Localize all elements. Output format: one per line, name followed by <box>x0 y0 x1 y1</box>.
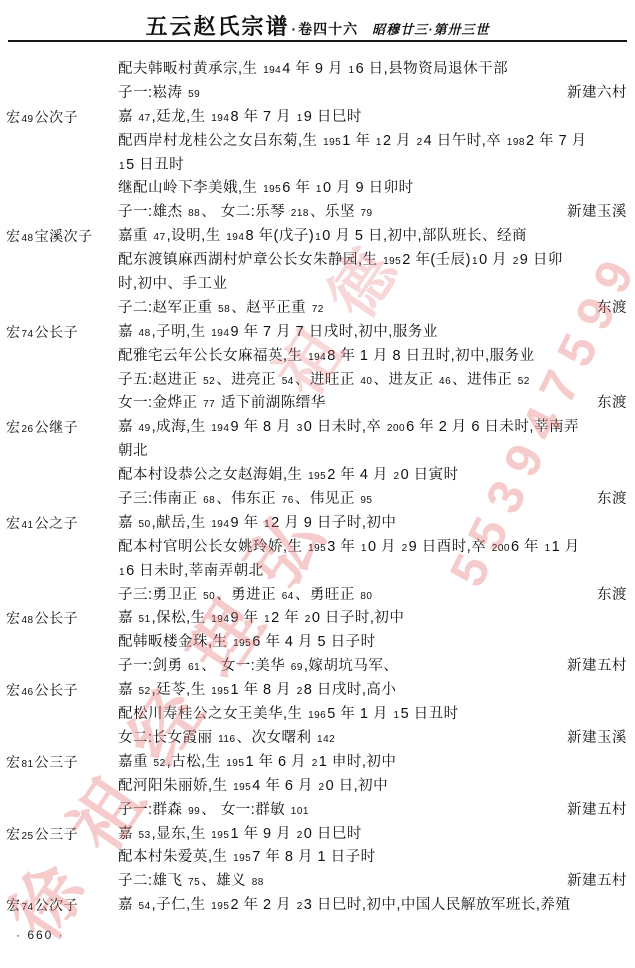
entry-line: 配西岸村龙桂公之女吕东菊,生 1951 年 12 月 24 日午时,卒 1982… <box>118 130 627 154</box>
generation-number: 1 <box>263 519 271 530</box>
generation-number: 48 <box>21 233 35 244</box>
entry-line: 16 日未时,莘南弄朝北 <box>118 560 627 584</box>
entry-line: 配河阳朱丽娇,生 1954 年 6 月 20 日,初中 <box>118 775 627 799</box>
entry-line: 子五:赵进正 52、进亮正 54、进旺正 40、进友正 46、进伟正 52 <box>118 369 627 393</box>
generation-number: 75 <box>187 877 201 888</box>
generation-number: 52 <box>517 376 531 387</box>
generation-number: 3 <box>296 423 304 434</box>
line-text: 子二:雄飞 75、雄义 88 <box>118 870 265 895</box>
generation-number: 58 <box>217 304 231 315</box>
generation-number: 194 <box>210 519 230 530</box>
line-text: 嘉 54,子仁,生 1952 年 2 月 23 日巳时,初中,中国人民解放军班长… <box>118 894 570 919</box>
generation-number: 1 <box>471 256 479 267</box>
generation-number: 1 <box>393 710 401 721</box>
generation-number: 2 <box>296 830 304 841</box>
residence-label: 新建六村 <box>557 82 627 106</box>
generation-number: 2 <box>318 782 326 793</box>
residence-label: 东渡 <box>587 392 627 416</box>
generation-number: 53 <box>138 830 152 841</box>
entry-label: 宏48宝溪次子 <box>0 225 118 249</box>
generation-number: 52 <box>138 686 152 697</box>
generation-number: 50 <box>138 519 152 530</box>
generation-number: 79 <box>360 208 374 219</box>
line-text: 配本村朱爱英,生 1957 年 8 月 1 日子时 <box>118 846 376 871</box>
line-text: 子二:赵军正重 58、赵平正重 72 <box>118 297 325 322</box>
entry-label: 宏48公长子 <box>0 607 118 631</box>
generation-number: 52 <box>153 758 167 769</box>
entry-label: 宏25公三子 <box>0 823 118 847</box>
generation-number: 77 <box>202 399 216 410</box>
genealogy-entry: 配夫韩畈村黄承宗,生 1944 年 9 月 16 日,县物资局退休干部子一:崧涛… <box>0 58 635 106</box>
generation-number: 195 <box>210 686 230 697</box>
generation-number: 194 <box>210 113 230 124</box>
line-text: 朝北 <box>118 440 148 464</box>
generation-number: 2 <box>304 614 312 625</box>
generation-number: 61 <box>187 662 201 673</box>
line-text: 子一:雄杰 88、 女二:乐琴 218、乐坚 79 <box>118 201 374 226</box>
page-number: · 660 · <box>16 928 65 942</box>
generation-label: 昭穆廿三·第卅三世 <box>372 22 489 37</box>
generation-number: 46 <box>21 687 35 698</box>
generation-number: 95 <box>359 495 373 506</box>
line-text: 嘉 49,成海,生 1949 年 8 月 30 日未时,卒 2006 年 2 月… <box>118 416 579 441</box>
genealogy-entry: 宏74公次子嘉 54,子仁,生 1952 年 2 月 23 日巳时,初中,中国人… <box>0 894 635 918</box>
generation-number: 194 <box>307 352 327 363</box>
entry-line: 子三:勇卫正 50、勇进正 64、勇旺正 80东渡 <box>118 584 627 608</box>
entry-lines: 嘉 54,子仁,生 1952 年 2 月 23 日巳时,初中,中国人民解放军班长… <box>118 894 635 918</box>
generation-number: 81 <box>21 759 35 770</box>
generation-number: 1 <box>315 184 323 195</box>
genealogy-entry: 宏81公三子嘉重 52,古松,生 1951 年 6 月 21 申时,初中配河阳朱… <box>0 751 635 823</box>
line-text: 女一:金烨正 77 适下前湖陈缙华 <box>118 392 326 417</box>
entry-line: 嘉 53,显东,生 1951 年 9 月 20 日巳时 <box>118 823 627 847</box>
line-text: 配松川寿桂公之女王美华,生 1965 年 1 月 15 日丑时 <box>118 703 459 728</box>
genealogy-entry: 宏48宝溪次子嘉重 47,设明,生 1948 年(戊子)10 月 5 日,初中,… <box>0 225 635 321</box>
entry-line: 15 日丑时 <box>118 154 627 178</box>
entry-line: 嘉 48,子明,生 1949 年 7 月 7 日戌时,初中,服务业 <box>118 321 627 345</box>
line-text: 子一:剑勇 61、 女一:美华 69,嫁胡坑马军、 <box>118 655 398 680</box>
entry-line: 嘉 47,廷龙,生 1948 年 7 月 19 日巳时 <box>118 106 627 130</box>
entry-label: 宏74公长子 <box>0 321 118 345</box>
entry-lines: 嘉 51,保松,生 1949 年 12 年 20 日子时,初中配韩畈楼金珠,生 … <box>118 607 635 679</box>
entry-line: 嘉 52,廷苓,生 1951 年 8 月 28 日戌时,高小 <box>118 679 627 703</box>
generation-number: 200 <box>491 543 511 554</box>
generation-number: 76 <box>281 495 295 506</box>
residence-label: 东渡 <box>587 488 627 512</box>
generation-number: 194 <box>210 423 230 434</box>
line-text: 配夫韩畈村黄承宗,生 1944 年 9 月 16 日,县物资局退休干部 <box>118 58 508 83</box>
entry-lines: 嘉 48,子明,生 1949 年 7 月 7 日戌时,初中,服务业配雅宅云年公长… <box>118 321 635 417</box>
entry-line: 子一:雄杰 88、 女二:乐琴 218、乐坚 79新建玉溪 <box>118 201 627 225</box>
generation-number: 41 <box>21 520 35 531</box>
generation-number: 49 <box>21 114 35 125</box>
generation-number: 54 <box>138 901 152 912</box>
line-text: 配西岸村龙桂公之女吕东菊,生 1951 年 12 月 24 日午时,卒 1982… <box>118 130 587 155</box>
generation-number: 1 <box>544 543 552 554</box>
generation-number: 2 <box>512 256 520 267</box>
generation-number: 51 <box>138 614 152 625</box>
generation-number: 116 <box>217 734 236 745</box>
generation-number: 195 <box>210 901 230 912</box>
entry-lines: 嘉 47,廷龙,生 1948 年 7 月 19 日巳时配西岸村龙桂公之女吕东菊,… <box>118 106 635 225</box>
entry-line: 子一:剑勇 61、 女一:美华 69,嫁胡坑马军、新建五村 <box>118 655 627 679</box>
entry-line: 配雅宅云年公长女麻福英,生 1948 年 1 月 8 日丑时,初中,服务业 <box>118 345 627 369</box>
line-text: 嘉 47,廷龙,生 1948 年 7 月 19 日巳时 <box>118 106 362 131</box>
genealogy-entry: 宏41公之子嘉 50,献岳,生 1949 年 12 月 9 日子时,初中配本村官… <box>0 512 635 608</box>
genealogy-entry: 宏48公长子嘉 51,保松,生 1949 年 12 年 20 日子时,初中配韩畈… <box>0 607 635 679</box>
line-text: 女二:长女霞丽 116、次女曙利 142 <box>118 727 336 752</box>
generation-number: 1 <box>118 161 126 172</box>
residence-label: 新建五村 <box>557 799 627 823</box>
generation-number: 195 <box>232 782 252 793</box>
entry-line: 女二:长女霞丽 116、次女曙利 142新建玉溪 <box>118 727 627 751</box>
genealogy-entry: 宏49公次子嘉 47,廷龙,生 1948 年 7 月 19 日巳时配西岸村龙桂公… <box>0 106 635 225</box>
entry-lines: 嘉重 52,古松,生 1951 年 6 月 21 申时,初中配河阳朱丽娇,生 1… <box>118 751 635 823</box>
residence-label: 新建五村 <box>557 870 627 894</box>
genealogy-entry: 宏25公三子嘉 53,显东,生 1951 年 9 月 20 日巳时配本村朱爱英,… <box>0 823 635 895</box>
generation-number: 195 <box>225 758 245 769</box>
line-text: 嘉重 47,设明,生 1948 年(戊子)10 月 5 日,初中,部队班长、经商 <box>118 225 527 250</box>
generation-number: 195 <box>322 137 342 148</box>
line-text: 子一:群森 99、 女一:群敏 101 <box>118 799 310 824</box>
entry-label: 宏81公三子 <box>0 751 118 775</box>
generation-number: 1 <box>375 137 383 148</box>
line-text: 子一:崧涛 59 <box>118 82 201 107</box>
line-text: 配河阳朱丽娇,生 1954 年 6 月 20 日,初中 <box>118 775 388 800</box>
line-text: 嘉 53,显东,生 1951 年 9 月 20 日巳时 <box>118 823 362 848</box>
generation-number: 101 <box>290 806 310 817</box>
generation-number: 68 <box>202 495 216 506</box>
generation-number: 1 <box>296 113 304 124</box>
entry-line: 子一:群森 99、 女一:群敏 101新建五村 <box>118 799 627 823</box>
entry-line: 配松川寿桂公之女王美华,生 1965 年 1 月 15 日丑时 <box>118 703 627 727</box>
generation-number: 195 <box>382 256 402 267</box>
entry-line: 配东渡镇麻西湖村炉章公长女朱静园,生 1952 年(壬辰)10 月 29 日卯 <box>118 249 627 273</box>
genealogy-page: 五云赵氏宗谱·卷四十六昭穆廿三·第卅三世 配夫韩畈村黄承宗,生 1944 年 9… <box>0 0 635 968</box>
line-text: 配韩畈楼金珠,生 1956 年 4 月 5 日子时 <box>118 631 376 656</box>
residence-label: 新建五村 <box>557 655 627 679</box>
generation-number: 48 <box>138 328 152 339</box>
generation-number: 218 <box>290 208 310 219</box>
generation-number: 195 <box>262 184 282 195</box>
entry-line: 嘉 49,成海,生 1949 年 8 月 30 日未时,卒 2006 年 2 月… <box>118 416 627 440</box>
entry-line: 继配山岭下李美娥,生 1956 年 10 月 9 日卯时 <box>118 177 627 201</box>
residence-label: 东渡 <box>587 584 627 608</box>
generation-number: 194 <box>262 65 282 76</box>
generation-number: 2 <box>296 686 304 697</box>
residence-label: 新建玉溪 <box>557 727 627 751</box>
generation-number: 1 <box>314 232 322 243</box>
line-text: 15 日丑时 <box>118 154 184 179</box>
line-text: 子五:赵进正 52、进亮正 54、进旺正 40、进友正 46、进伟正 52 <box>118 369 531 394</box>
generation-number: 40 <box>359 376 373 387</box>
genealogy-entry: 宏46公长子嘉 52,廷苓,生 1951 年 8 月 28 日戌时,高小配松川寿… <box>0 679 635 751</box>
line-text: 配本村设恭公之女赵海娟,生 1952 年 4 月 20 日寅时 <box>118 464 459 489</box>
generation-number: 198 <box>506 137 526 148</box>
generation-number: 195 <box>307 543 327 554</box>
volume-label: 卷四十六 <box>298 21 358 37</box>
entry-lines: 嘉 50,献岳,生 1949 年 12 月 9 日子时,初中配本村官明公长女姚玲… <box>118 512 635 608</box>
entry-line: 嘉 54,子仁,生 1952 年 2 月 23 日巳时,初中,中国人民解放军班长… <box>118 894 627 918</box>
generation-number: 47 <box>138 113 152 124</box>
generation-number: 64 <box>281 591 295 602</box>
generation-number: 194 <box>225 232 245 243</box>
entry-line: 配夫韩畈村黄承宗,生 1944 年 9 月 16 日,县物资局退休干部 <box>118 58 627 82</box>
generation-number: 26 <box>21 424 35 435</box>
line-text: 配本村官明公长女姚玲娇,生 1953 年 10 月 29 日酉时,卒 2006 … <box>118 536 580 561</box>
line-text: 嘉 48,子明,生 1949 年 7 月 7 日戌时,初中,服务业 <box>118 321 438 346</box>
generation-number: 54 <box>281 376 295 387</box>
residence-label: 东渡 <box>587 297 627 321</box>
generation-number: 1 <box>118 567 126 578</box>
generation-number: 2 <box>401 543 409 554</box>
generation-number: 52 <box>202 376 216 387</box>
residence-label: 新建玉溪 <box>557 201 627 225</box>
title-separator: · <box>292 21 297 37</box>
entry-line: 嘉 50,献岳,生 1949 年 12 月 9 日子时,初中 <box>118 512 627 536</box>
entry-line: 子一:崧涛 59新建六村 <box>118 82 627 106</box>
genealogy-entries: 配夫韩畈村黄承宗,生 1944 年 9 月 16 日,县物资局退休干部子一:崧涛… <box>0 52 635 918</box>
generation-number: 48 <box>21 615 35 626</box>
generation-number: 196 <box>307 710 327 721</box>
line-text: 配东渡镇麻西湖村炉章公长女朱静园,生 1952 年(壬辰)10 月 29 日卯 <box>118 249 563 274</box>
entry-label <box>0 58 118 82</box>
generation-number: 74 <box>21 329 35 340</box>
entry-line: 嘉重 47,设明,生 1948 年(戊子)10 月 5 日,初中,部队班长、经商 <box>118 225 627 249</box>
generation-number: 1 <box>348 65 356 76</box>
entry-label: 宏74公次子 <box>0 894 118 918</box>
generation-number: 50 <box>202 591 216 602</box>
generation-number: 25 <box>21 831 35 842</box>
entry-lines: 嘉 52,廷苓,生 1951 年 8 月 28 日戌时,高小配松川寿桂公之女王美… <box>118 679 635 751</box>
entry-line: 时,初中、手工业 <box>118 273 627 297</box>
entry-label: 宏41公之子 <box>0 512 118 536</box>
generation-number: 80 <box>359 591 373 602</box>
generation-number: 72 <box>311 304 325 315</box>
line-text: 嘉重 52,古松,生 1951 年 6 月 21 申时,初中 <box>118 751 396 776</box>
entry-lines: 配夫韩畈村黄承宗,生 1944 年 9 月 16 日,县物资局退休干部子一:崧涛… <box>118 58 635 106</box>
genealogy-entry: 宏26公继子嘉 49,成海,生 1949 年 8 月 30 日未时,卒 2006… <box>0 416 635 512</box>
line-text: 继配山岭下李美娥,生 1956 年 10 月 9 日卯时 <box>118 177 414 202</box>
entry-line: 配本村官明公长女姚玲娇,生 1953 年 10 月 29 日酉时,卒 2006 … <box>118 536 627 560</box>
page-header: 五云赵氏宗谱·卷四十六昭穆廿三·第卅三世 <box>0 10 635 41</box>
generation-number: 195 <box>232 638 252 649</box>
line-text: 配雅宅云年公长女麻福英,生 1948 年 1 月 8 日丑时,初中,服务业 <box>118 345 535 370</box>
generation-number: 195 <box>307 471 327 482</box>
generation-number: 2 <box>296 901 304 912</box>
generation-number: 49 <box>138 423 152 434</box>
entry-label: 宏26公继子 <box>0 416 118 440</box>
line-text: 子三:伟南正 68、伟东正 76、伟见正 95 <box>118 488 374 513</box>
entry-line: 配韩畈楼金珠,生 1956 年 4 月 5 日子时 <box>118 631 627 655</box>
entry-line: 嘉 51,保松,生 1949 年 12 年 20 日子时,初中 <box>118 607 627 631</box>
generation-number: 195 <box>210 830 230 841</box>
genealogy-entry: 宏74公长子嘉 48,子明,生 1949 年 7 月 7 日戌时,初中,服务业配… <box>0 321 635 417</box>
generation-number: 88 <box>251 877 265 888</box>
line-text: 子三:勇卫正 50、勇进正 64、勇旺正 80 <box>118 584 374 609</box>
generation-number: 74 <box>21 902 35 913</box>
generation-number: 194 <box>210 614 230 625</box>
book-title: 五云赵氏宗谱 <box>145 14 289 39</box>
entry-line: 配本村设恭公之女赵海娟,生 1952 年 4 月 20 日寅时 <box>118 464 627 488</box>
entry-line: 子三:伟南正 68、伟东正 76、伟见正 95东渡 <box>118 488 627 512</box>
generation-number: 46 <box>438 376 452 387</box>
line-text: 16 日未时,莘南弄朝北 <box>118 560 264 585</box>
generation-number: 194 <box>210 328 230 339</box>
generation-number: 200 <box>386 423 406 434</box>
entry-lines: 嘉重 47,设明,生 1948 年(戊子)10 月 5 日,初中,部队班长、经商… <box>118 225 635 321</box>
generation-number: 142 <box>316 734 336 745</box>
generation-number: 69 <box>290 662 304 673</box>
generation-number: 1 <box>360 543 368 554</box>
entry-lines: 嘉 49,成海,生 1949 年 8 月 30 日未时,卒 2006 年 2 月… <box>118 416 635 512</box>
generation-number: 99 <box>187 806 201 817</box>
generation-number: 2 <box>416 137 424 148</box>
entry-label: 宏49公次子 <box>0 106 118 130</box>
line-text: 嘉 51,保松,生 1949 年 12 年 20 日子时,初中 <box>118 607 404 632</box>
entry-line: 嘉重 52,古松,生 1951 年 6 月 21 申时,初中 <box>118 751 627 775</box>
generation-number: 88 <box>187 208 201 219</box>
line-text: 时,初中、手工业 <box>118 273 228 297</box>
line-text: 嘉 52,廷苓,生 1951 年 8 月 28 日戌时,高小 <box>118 679 396 704</box>
entry-line: 朝北 <box>118 440 627 464</box>
entry-line: 子二:雄飞 75、雄义 88新建五村 <box>118 870 627 894</box>
line-text: 嘉 50,献岳,生 1949 年 12 月 9 日子时,初中 <box>118 512 396 537</box>
generation-number: 195 <box>232 853 252 864</box>
entry-line: 配本村朱爱英,生 1957 年 8 月 1 日子时 <box>118 846 627 870</box>
entry-lines: 嘉 53,显东,生 1951 年 9 月 20 日巳时配本村朱爱英,生 1957… <box>118 823 635 895</box>
generation-number: 2 <box>311 758 319 769</box>
generation-number: 47 <box>153 232 167 243</box>
generation-number: 1 <box>263 614 271 625</box>
entry-line: 子二:赵军正重 58、赵平正重 72东渡 <box>118 297 627 321</box>
generation-number: 2 <box>393 471 401 482</box>
entry-line: 女一:金烨正 77 适下前湖陈缙华东渡 <box>118 392 627 416</box>
entry-label: 宏46公长子 <box>0 679 118 703</box>
header-rule <box>8 40 627 42</box>
generation-number: 59 <box>187 89 201 100</box>
